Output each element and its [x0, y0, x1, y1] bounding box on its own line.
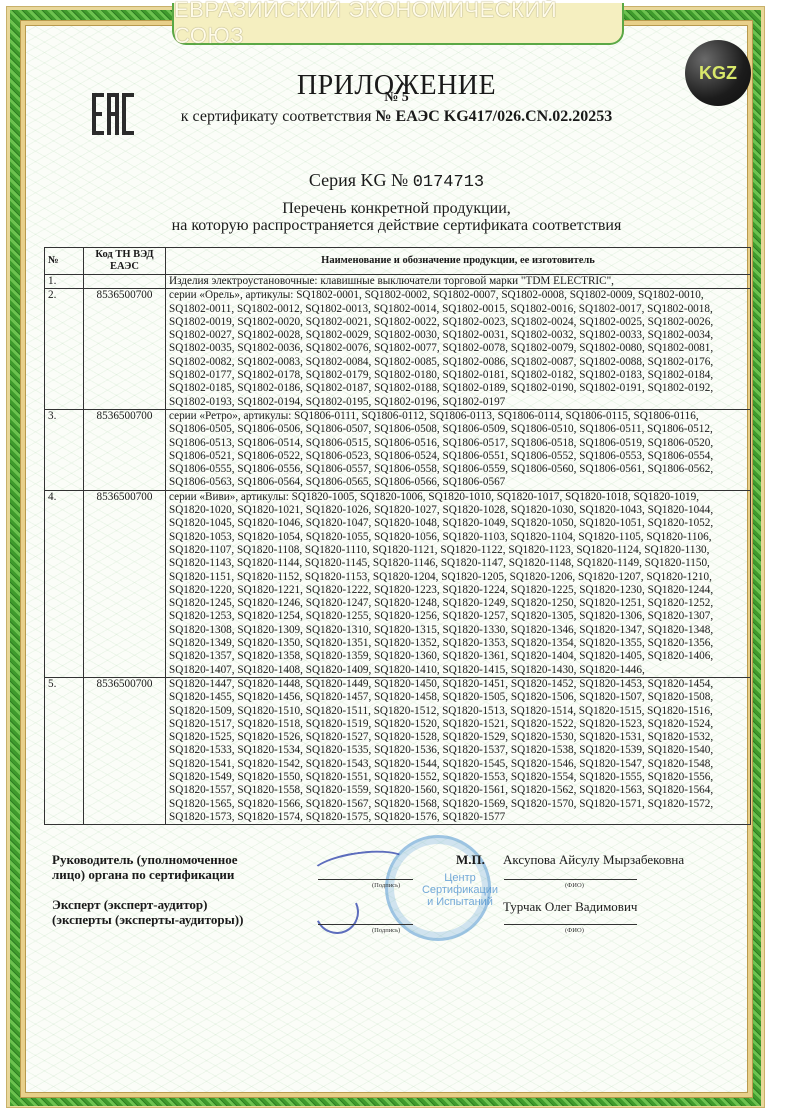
head-label-line1: Руководитель (уполномоченное	[52, 852, 238, 867]
description-line: SQ1806-0521, SQ1806-0522, SQ1806-0523, S…	[169, 450, 747, 463]
series-prefix: Серия KG №	[309, 170, 408, 190]
description-line: SQ1820-1053, SQ1820-1054, SQ1820-1055, S…	[169, 531, 747, 544]
head-label: Руководитель (уполномоченное лицо) орган…	[52, 852, 238, 882]
expert-signature-caption: (Подпись)	[372, 927, 400, 934]
expert-signature-line	[318, 924, 413, 925]
description-line: SQ1802-0019, SQ1802-0020, SQ1802-0021, S…	[169, 316, 747, 329]
expert-label: Эксперт (эксперт-аудитор) (эксперты (экс…	[52, 897, 243, 927]
series-line: Серия KG № 0174713	[0, 170, 793, 192]
description-line: SQ1820-1447, SQ1820-1448, SQ1820-1449, S…	[169, 678, 747, 691]
description-line: SQ1802-0035, SQ1802-0036, SQ1802-0076, S…	[169, 342, 747, 355]
description-line: SQ1820-1525, SQ1820-1526, SQ1820-1527, S…	[169, 731, 747, 744]
description-line: SQ1820-1357, SQ1820-1358, SQ1820-1359, S…	[169, 650, 747, 663]
header-name: Наименование и обозначение продукции, ее…	[166, 248, 751, 275]
description-line: SQ1820-1151, SQ1820-1152, SQ1820-1153, S…	[169, 571, 747, 584]
head-fio-caption: (ФИО)	[565, 882, 584, 889]
description-line: SQ1820-1107, SQ1820-1108, SQ1820-1110, S…	[169, 544, 747, 557]
union-banner-text: ЕВРАЗИЙСКИЙ ЭКОНОМИЧЕСКИЙ СОЮЗ	[174, 0, 622, 49]
table-row: 2.8536500700серии «Орель», артикулы: SQ1…	[45, 289, 751, 410]
row-description: Изделия электроустановочные: клавишные в…	[166, 275, 751, 289]
expert-name: Турчак Олег Вадимович	[503, 899, 637, 915]
description-line: SQ1820-1143, SQ1820-1144, SQ1820-1145, S…	[169, 557, 747, 570]
union-banner: ЕВРАЗИЙСКИЙ ЭКОНОМИЧЕСКИЙ СОЮЗ	[172, 3, 624, 45]
table-row: 3.8536500700серии «Ретро», артикулы: SQ1…	[45, 409, 751, 490]
description-line: SQ1820-1565, SQ1820-1566, SQ1820-1567, S…	[169, 798, 747, 811]
expert-fio-caption: (ФИО)	[565, 927, 584, 934]
row-description: SQ1820-1447, SQ1820-1448, SQ1820-1449, S…	[166, 677, 751, 824]
description-line: SQ1820-1308, SQ1820-1309, SQ1820-1310, S…	[169, 624, 747, 637]
row-code: 8536500700	[84, 490, 166, 677]
description-line: серии «Орель», артикулы: SQ1802-0001, SQ…	[169, 289, 747, 302]
head-signature-caption: (Подпись)	[372, 882, 400, 889]
description-line: SQ1820-1407, SQ1820-1408, SQ1820-1409, S…	[169, 664, 747, 677]
description-line: SQ1820-1349, SQ1820-1350, SQ1820-1351, S…	[169, 637, 747, 650]
description-line: SQ1802-0027, SQ1802-0028, SQ1802-0029, S…	[169, 329, 747, 342]
seal-place-label: М.П.	[456, 852, 485, 868]
row-description: серии «Виви», артикулы: SQ1820-1005, SQ1…	[166, 490, 751, 677]
expert-label-line1: Эксперт (эксперт-аудитор)	[52, 897, 243, 912]
row-number: 1.	[45, 275, 84, 289]
description-line: Изделия электроустановочные: клавишные в…	[169, 275, 747, 288]
appendix-number: № 5	[0, 90, 793, 106]
stamp-line2: Сертификации	[420, 884, 500, 896]
products-table: № Код ТН ВЭД ЕАЭС Наименование и обознач…	[44, 247, 751, 825]
stamp-line1: Центр	[420, 872, 500, 884]
description-line: SQ1820-1245, SQ1820-1246, SQ1820-1247, S…	[169, 597, 747, 610]
description-line: SQ1820-1541, SQ1820-1542, SQ1820-1543, S…	[169, 758, 747, 771]
description-line: SQ1806-0505, SQ1806-0506, SQ1806-0507, S…	[169, 423, 747, 436]
row-code: 8536500700	[84, 409, 166, 490]
description-line: SQ1820-1509, SQ1820-1510, SQ1820-1511, S…	[169, 705, 747, 718]
row-code	[84, 275, 166, 289]
description-line: SQ1802-0177, SQ1802-0178, SQ1802-0179, S…	[169, 369, 747, 382]
row-number: 4.	[45, 490, 84, 677]
description-line: серии «Виви», артикулы: SQ1820-1005, SQ1…	[169, 491, 747, 504]
header-number: №	[45, 248, 84, 275]
head-label-line2: лицо) органа по сертификации	[52, 867, 238, 882]
description-line: SQ1802-0185, SQ1802-0186, SQ1802-0187, S…	[169, 382, 747, 395]
certificate-reference: к сертификату соответствия № ЕАЭС KG417/…	[0, 108, 793, 126]
table-row: 5.8536500700SQ1820-1447, SQ1820-1448, SQ…	[45, 677, 751, 824]
expert-label-line2: (эксперты (эксперты-аудиторы))	[52, 912, 243, 927]
table-row: 1.Изделия электроустановочные: клавишные…	[45, 275, 751, 289]
row-description: серии «Ретро», артикулы: SQ1806-0111, SQ…	[166, 409, 751, 490]
table-row: 4.8536500700серии «Виви», артикулы: SQ18…	[45, 490, 751, 677]
description-line: SQ1820-1549, SQ1820-1550, SQ1820-1551, S…	[169, 771, 747, 784]
stamp-line3: и Испытаний	[420, 896, 500, 908]
stamp-text: Центр Сертификации и Испытаний	[420, 872, 500, 908]
description-line: SQ1820-1573, SQ1820-1574, SQ1820-1575, S…	[169, 811, 747, 824]
header-code: Код ТН ВЭД ЕАЭС	[84, 248, 166, 275]
description-line: SQ1820-1557, SQ1820-1558, SQ1820-1559, S…	[169, 784, 747, 797]
description-line: серии «Ретро», артикулы: SQ1806-0111, SQ…	[169, 410, 747, 423]
description-line: SQ1820-1455, SQ1820-1456, SQ1820-1457, S…	[169, 691, 747, 704]
description-line: SQ1820-1220, SQ1820-1221, SQ1820-1222, S…	[169, 584, 747, 597]
description-line: SQ1806-0513, SQ1806-0514, SQ1806-0515, S…	[169, 437, 747, 450]
row-number: 3.	[45, 409, 84, 490]
description-line: SQ1806-0563, SQ1806-0564, SQ1806-0565, S…	[169, 476, 747, 489]
row-code: 8536500700	[84, 677, 166, 824]
head-name: Аксупова Айсулу Мырзабековна	[503, 852, 684, 868]
description-line: SQ1820-1253, SQ1820-1254, SQ1820-1255, S…	[169, 610, 747, 623]
expert-name-line	[504, 924, 637, 925]
row-number: 5.	[45, 677, 84, 824]
description-line: SQ1802-0082, SQ1802-0083, SQ1802-0084, S…	[169, 356, 747, 369]
description-line: SQ1820-1020, SQ1820-1021, SQ1820-1026, S…	[169, 504, 747, 517]
certificate-number: № ЕАЭС KG417/026.CN.02.20253	[375, 108, 612, 125]
description-line: SQ1820-1517, SQ1820-1518, SQ1820-1519, S…	[169, 718, 747, 731]
description-line: SQ1820-1533, SQ1820-1534, SQ1820-1535, S…	[169, 744, 747, 757]
description-line: SQ1806-0555, SQ1806-0556, SQ1806-0557, S…	[169, 463, 747, 476]
list-title-line2: на которую распространяется действие сер…	[0, 217, 793, 235]
row-number: 2.	[45, 289, 84, 410]
description-line: SQ1820-1045, SQ1820-1046, SQ1820-1047, S…	[169, 517, 747, 530]
table-header-row: № Код ТН ВЭД ЕАЭС Наименование и обознач…	[45, 248, 751, 275]
series-number: 0174713	[413, 173, 484, 192]
list-title-line1: Перечень конкретной продукции,	[0, 200, 793, 218]
head-signature-line	[318, 879, 413, 880]
certificate-prefix: к сертификату соответствия	[181, 108, 376, 125]
row-description: серии «Орель», артикулы: SQ1802-0001, SQ…	[166, 289, 751, 410]
head-name-line	[504, 879, 637, 880]
description-line: SQ1802-0011, SQ1802-0012, SQ1802-0013, S…	[169, 303, 747, 316]
description-line: SQ1802-0193, SQ1802-0194, SQ1802-0195, S…	[169, 396, 747, 409]
row-code: 8536500700	[84, 289, 166, 410]
